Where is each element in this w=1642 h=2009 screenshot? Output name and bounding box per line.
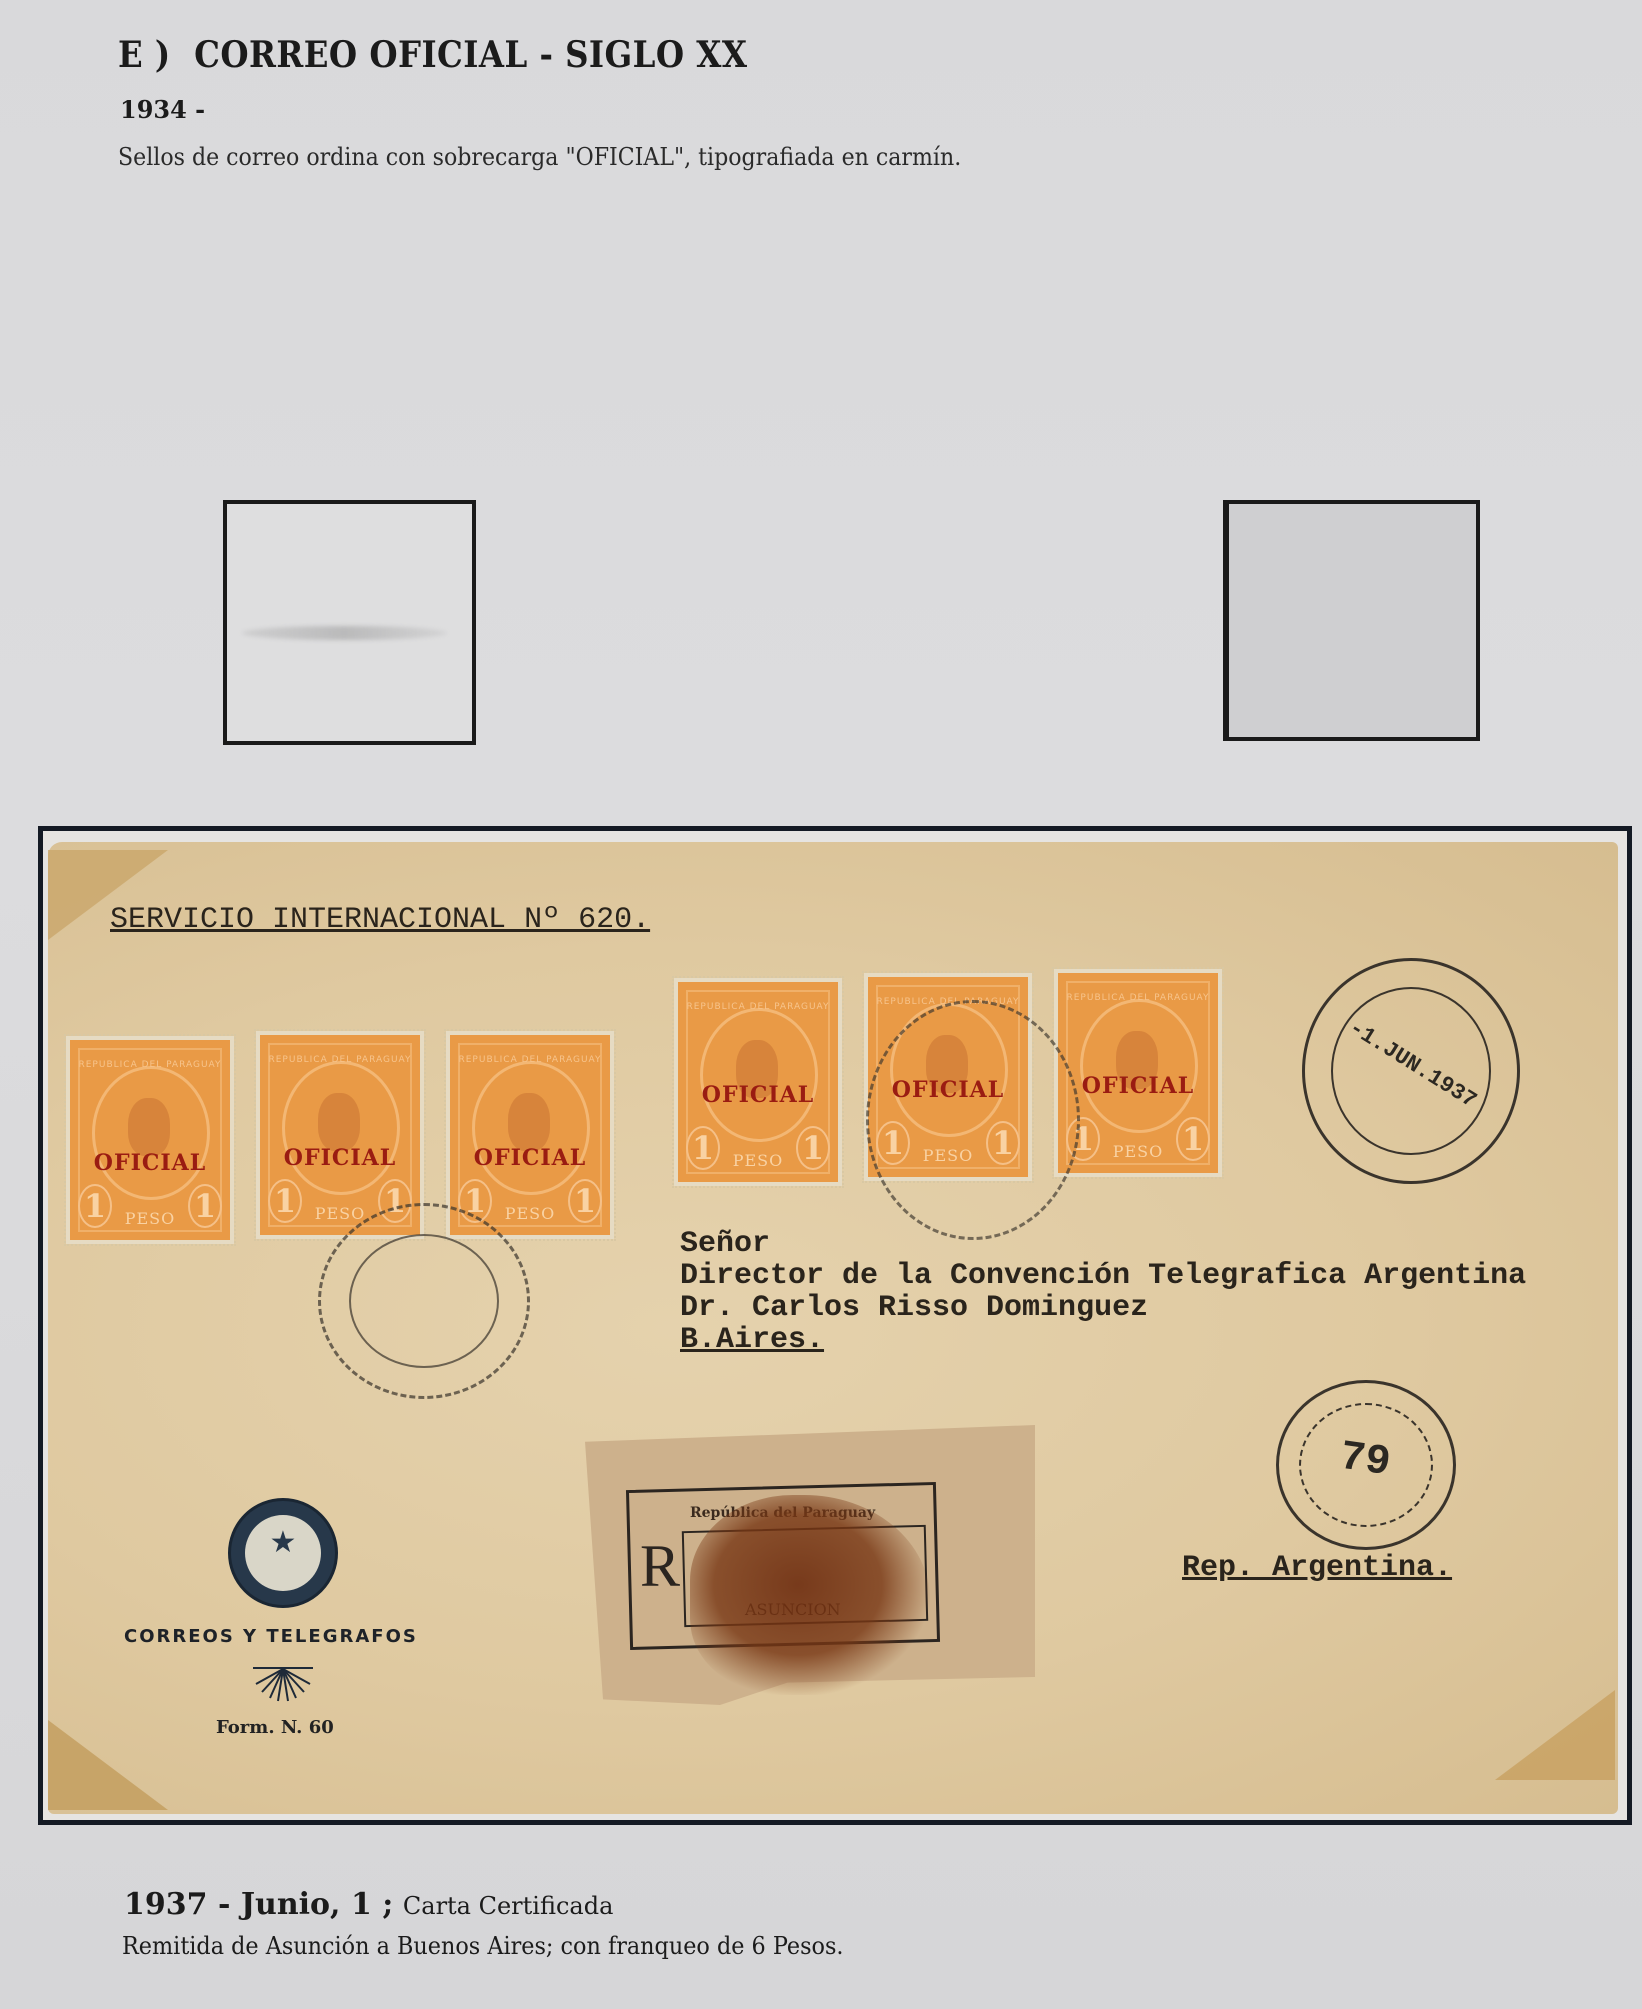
stamp-1-peso-oficial: REPUBLICA DEL PARAGUAYOFICIAL1PESO1	[450, 1035, 610, 1235]
stamp-1-peso-oficial: REPUBLICA DEL PARAGUAYOFICIAL1PESO1	[678, 982, 838, 1182]
page-title: E ) CORREO OFICIAL - SIGLO XX	[118, 34, 747, 76]
stamp-unit: PESO	[315, 1204, 366, 1223]
cover-caption-detail: Remitida de Asunción a Buenos Aires; con…	[122, 1932, 844, 1960]
address-salutation: Señor	[680, 1228, 1526, 1260]
stamp-country: REPUBLICA DEL PARAGUAY	[70, 1060, 230, 1070]
address-city: B.Aires.	[680, 1324, 824, 1356]
stamp-value: 1	[188, 1184, 222, 1228]
stamp-mount-left	[223, 500, 476, 745]
section-description: Sellos de correo ordina con sobrecarga "…	[118, 143, 961, 171]
stamp-country: REPUBLICA DEL PARAGUAY	[678, 1002, 838, 1012]
address-line-1: Director de la Convención Telegrafica Ar…	[680, 1260, 1526, 1292]
stamp-mount-right	[1223, 500, 1480, 741]
mount-smudge	[242, 626, 447, 640]
stamp-country: REPUBLICA DEL PARAGUAY	[260, 1055, 420, 1065]
section-year: 1934 -	[120, 95, 205, 124]
portrait-icon	[128, 1098, 170, 1156]
postmark-partial	[866, 1000, 1080, 1240]
stamp-overprint: OFICIAL	[260, 1145, 420, 1171]
stamp-unit: PESO	[733, 1151, 784, 1170]
caption-date: 1937 - Junio, 1 ;	[124, 1887, 393, 1922]
imprint-department: CORREOS Y TELEGRAFOS	[124, 1626, 418, 1647]
stamp-value: 1	[568, 1179, 602, 1223]
portrait-icon	[508, 1093, 550, 1151]
address-country: Rep. Argentina.	[1182, 1551, 1452, 1585]
cover-caption-date: 1937 - Junio, 1 ; Carta Certificada	[124, 1887, 613, 1922]
stamp-value: 1	[268, 1179, 302, 1223]
stamp-unit: PESO	[125, 1209, 176, 1228]
stamp-1-peso-oficial: REPUBLICA DEL PARAGUAYOFICIAL1PESO1	[1058, 973, 1218, 1173]
address-block: Señor Director de la Convención Telegraf…	[680, 1228, 1526, 1356]
sunburst-icon	[248, 1666, 318, 1702]
postmark-asuncion	[318, 1203, 530, 1399]
stamp-value: 1	[796, 1126, 830, 1170]
stamp-country: REPUBLICA DEL PARAGUAY	[450, 1055, 610, 1065]
stamp-1-peso-oficial: REPUBLICA DEL PARAGUAYOFICIAL1PESO1	[70, 1040, 230, 1240]
stamp-value: 1	[1176, 1117, 1210, 1161]
stamp-overprint: OFICIAL	[1058, 1073, 1218, 1099]
service-line: SERVICIO INTERNACIONAL Nº 620.	[110, 903, 650, 937]
stamp-1-peso-oficial: REPUBLICA DEL PARAGUAYOFICIAL1PESO1	[260, 1035, 420, 1235]
address-line-2: Dr. Carlos Risso Dominguez	[680, 1292, 1526, 1324]
stamp-value: 1	[78, 1184, 112, 1228]
imprint-form-number: Form. N. 60	[216, 1717, 334, 1738]
stamp-overprint: OFICIAL	[450, 1145, 610, 1171]
stamp-value: 1	[686, 1126, 720, 1170]
certificados-number: 79	[1337, 1433, 1394, 1488]
stamp-overprint: OFICIAL	[70, 1150, 230, 1176]
stamp-country: REPUBLICA DEL PARAGUAY	[1058, 993, 1218, 1003]
paraguay-seal-icon: ★	[228, 1498, 338, 1608]
caption-type: Carta Certificada	[403, 1892, 614, 1920]
portrait-icon	[318, 1093, 360, 1151]
stamp-overprint: OFICIAL	[678, 1082, 838, 1108]
stamp-unit: PESO	[1113, 1142, 1164, 1161]
stamp-unit: PESO	[505, 1204, 556, 1223]
registration-letter: R	[640, 1532, 680, 1601]
